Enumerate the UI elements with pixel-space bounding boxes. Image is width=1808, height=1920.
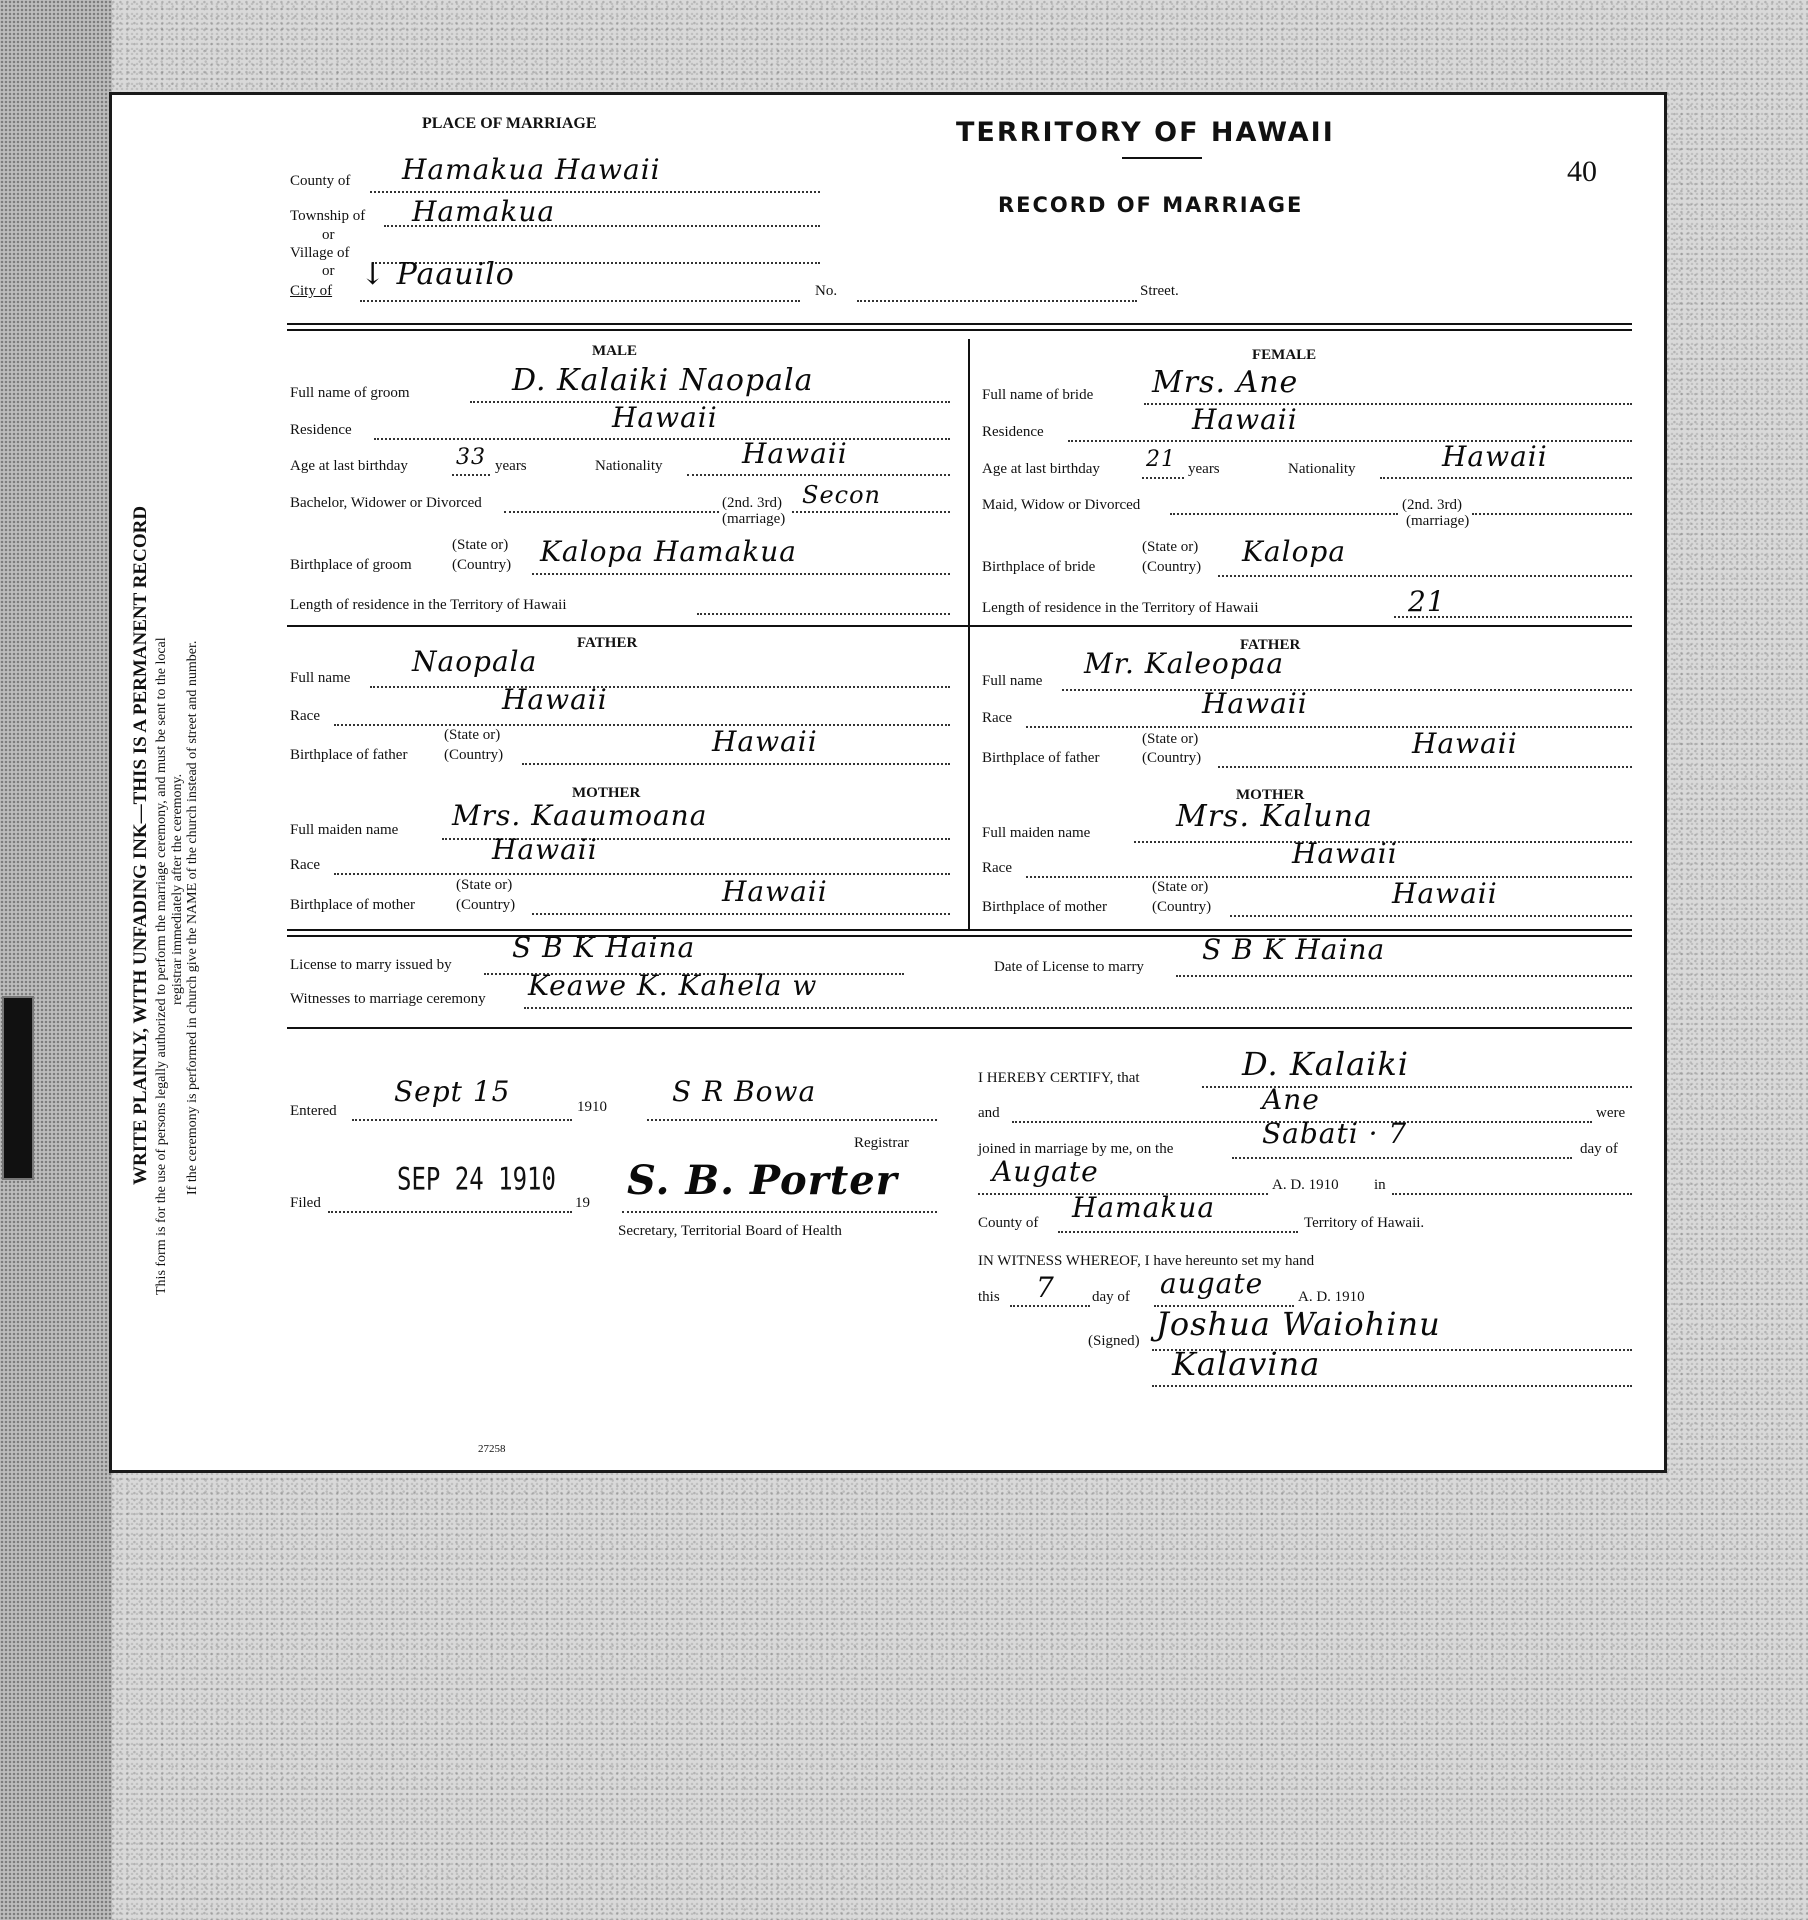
bride-mother-birthplace-value: Hawaii (1392, 877, 1498, 910)
groom-state-or-label: (State or) (452, 537, 508, 554)
groom-mother-race-label: Race (290, 857, 320, 874)
female-heading: FEMALE (1252, 347, 1316, 364)
side-note-registrar: registrar immediately after the ceremony… (170, 774, 186, 1005)
month2-value: augate (1160, 1267, 1263, 1300)
bride-father-birthplace-value: Hawaii (1412, 727, 1518, 760)
bride-mother-race-label: Race (982, 860, 1012, 877)
parents-divider (287, 625, 1632, 627)
license-divider (287, 929, 1632, 937)
joined-day-value: Sabati · 7 (1262, 1117, 1407, 1150)
groom-residence-value: Hawaii (612, 401, 718, 434)
bride-state-or-label: (State or) (1142, 539, 1198, 556)
groom-nationality-label: Nationality (595, 458, 663, 475)
bride-father-race-line (1026, 726, 1632, 728)
binder-tab (2, 996, 34, 1180)
registry-divider (287, 1027, 1632, 1029)
license-date-label: Date of License to marry (994, 959, 1144, 976)
place-of-marriage-heading: PLACE OF MARRIAGE (422, 115, 597, 133)
certify-label: I HEREBY CERTIFY, that (978, 1070, 1140, 1087)
groom-father-birthplace-line (522, 763, 950, 765)
bride-status-label: Maid, Widow or Divorced (982, 497, 1140, 514)
joined-day-line (1232, 1157, 1572, 1159)
village-label: Village of (290, 245, 350, 262)
form-number: 27258 (478, 1443, 506, 1455)
bride-mother-country-label: (Country) (1152, 899, 1211, 916)
officiant-signature-2: Kalavina (1172, 1345, 1320, 1383)
groom-country-label: (Country) (452, 557, 511, 574)
groom-nationality-value: Hawaii (742, 437, 848, 470)
county-label: County of (290, 173, 350, 190)
groom-status-label: Bachelor, Widower or Divorced (290, 495, 482, 512)
bride-mother-race-value: Hawaii (1292, 837, 1398, 870)
witnesses-value: Keawe K. Kahela w (528, 969, 817, 1002)
entered-year: 1910 (577, 1099, 607, 1116)
day-of2-label: day of (1092, 1289, 1130, 1306)
record-title: RECORD OF MARRIAGE (998, 193, 1303, 217)
secretary-signature: S. B. Porter (627, 1157, 898, 1204)
groom-marriage-no-label: (2nd. 3rd) (722, 495, 782, 512)
cert-county-value: Hamakua (1072, 1191, 1215, 1224)
entered-line (352, 1119, 572, 1121)
groom-nationality-line (687, 474, 950, 476)
bride-father-race-label: Race (982, 710, 1012, 727)
bride-mother-state-or-label: (State or) (1152, 879, 1208, 896)
registrar-label: Registrar (854, 1135, 909, 1152)
territory-label: Territory of Hawaii. (1304, 1215, 1424, 1232)
bride-marriage-no-line (1472, 513, 1632, 515)
were-label: were (1596, 1105, 1625, 1122)
bride-marriage-no-label: (2nd. 3rd) (1402, 497, 1462, 514)
bride-birthplace-label: Birthplace of bride (982, 559, 1095, 576)
groom-name-value: D. Kalaiki Naopala (512, 363, 814, 398)
bride-nationality-label: Nationality (1288, 461, 1356, 478)
witnesses-line (524, 1007, 1632, 1009)
groom-age-label: Age at last birthday (290, 458, 408, 475)
groom-years-label: years (495, 458, 527, 475)
groom-mother-name-value: Mrs. Kaaumoana (452, 799, 707, 832)
groom-birthplace-line (532, 573, 950, 575)
groom-mother-race-line (334, 873, 950, 875)
territory-title: TERRITORY OF HAWAII (956, 117, 1335, 148)
side-note-permanent-record: WRITE PLAINLY, WITH UNFADING INK—THIS IS… (130, 506, 152, 1185)
groom-father-race-line (334, 724, 950, 726)
marriage-record-sheet: WRITE PLAINLY, WITH UNFADING INK—THIS IS… (112, 95, 1664, 1470)
groom-father-country-label: (Country) (444, 747, 503, 764)
groom-father-birthplace-value: Hawaii (712, 725, 818, 758)
bride-father-name-value: Mr. Kaleopaa (1084, 647, 1284, 680)
bride-father-birthplace-line (1218, 766, 1632, 768)
bride-father-state-or-label: (State or) (1142, 731, 1198, 748)
groom-father-name-line (370, 686, 950, 688)
bride-mother-race-line (1026, 876, 1632, 878)
month-value: Augate (992, 1155, 1099, 1188)
or-label-1: or (322, 227, 335, 244)
groom-father-birthplace-label: Birthplace of father (290, 747, 407, 764)
bride-country-label: (Country) (1142, 559, 1201, 576)
groom-mother-country-label: (Country) (456, 897, 515, 914)
side-note-church: If the ceremony is performed in church g… (185, 641, 201, 1195)
certify-groom-value: D. Kalaiki (1242, 1045, 1409, 1083)
bride-residence-label: Residence (982, 424, 1044, 441)
license-date-value: S B K Haina (1202, 933, 1385, 966)
bride-father-country-label: (Country) (1142, 750, 1201, 767)
filed-line (328, 1211, 572, 1213)
or-label-2: or (322, 263, 335, 280)
city-line (360, 300, 800, 302)
cert-county-label: County of (978, 1215, 1038, 1232)
groom-father-heading: FATHER (577, 635, 637, 652)
groom-length-label: Length of residence in the Territory of … (290, 597, 567, 614)
page-number: 40 (1567, 155, 1597, 189)
cert-county-line (1058, 1231, 1298, 1233)
groom-mother-name-label: Full maiden name (290, 822, 398, 839)
ad2-label: A. D. 1910 (1298, 1289, 1365, 1306)
bride-years-label: years (1188, 461, 1220, 478)
title-rule (1122, 157, 1202, 159)
bride-length-value: 21 (1408, 585, 1446, 618)
groom-age-value: 33 (456, 445, 486, 470)
groom-father-name-value: Naopala (412, 645, 537, 678)
bride-length-label: Length of residence in the Territory of … (982, 600, 1259, 617)
city-label: City of (290, 283, 332, 300)
license-issued-value: S B K Haina (512, 931, 695, 964)
groom-marriage-no-line (792, 511, 950, 513)
township-value: Hamakua (412, 195, 555, 228)
groom-residence-line (374, 438, 950, 440)
bride-residence-value: Hawaii (1192, 403, 1298, 436)
male-heading: MALE (592, 343, 637, 360)
bride-mother-name-value: Mrs. Kaluna (1176, 799, 1373, 834)
groom-mother-birthplace-line (532, 913, 950, 915)
groom-status-line (504, 511, 719, 513)
county-value: Hamakua Hawaii (402, 153, 661, 186)
groom-birthplace-label: Birthplace of groom (290, 557, 412, 574)
day-of-label: day of (1580, 1141, 1618, 1158)
bride-age-value: 21 (1146, 447, 1176, 472)
signature-line-2 (1152, 1385, 1632, 1387)
this-day-value: 7 (1036, 1271, 1055, 1304)
ad-label: A. D. 1910 (1272, 1177, 1339, 1194)
groom-marriage-no-value: Secon (802, 481, 881, 509)
bride-birthplace-line (1218, 575, 1632, 577)
column-divider (968, 339, 970, 929)
registrar-line (647, 1119, 937, 1121)
groom-mother-race-value: Hawaii (492, 833, 598, 866)
bride-age-label: Age at last birthday (982, 461, 1100, 478)
filed-date-stamp: SEP 24 1910 (397, 1161, 556, 1197)
bride-status-line (1170, 513, 1398, 515)
certify-bride-value: Ane (1262, 1083, 1320, 1116)
groom-birthplace-value: Kalopa Hamakua (540, 535, 797, 568)
bride-birthplace-value: Kalopa (1242, 535, 1346, 568)
bride-name-value: Mrs. Ane (1152, 365, 1298, 400)
secretary-line (622, 1211, 937, 1213)
bride-marriage-sub-label: (marriage) (1406, 513, 1469, 530)
bride-age-line (1142, 477, 1184, 479)
county-line (370, 191, 820, 193)
witnesses-label: Witnesses to marriage ceremony (290, 991, 486, 1008)
in-line (1392, 1193, 1632, 1195)
bride-father-race-value: Hawaii (1202, 687, 1308, 720)
this-day-line (1010, 1305, 1090, 1307)
bride-mother-birthplace-line (1230, 915, 1632, 917)
bride-father-birthplace-label: Birthplace of father (982, 750, 1099, 767)
bride-mother-birthplace-label: Birthplace of mother (982, 899, 1107, 916)
entered-label: Entered (290, 1103, 337, 1120)
bride-nationality-value: Hawaii (1442, 440, 1548, 473)
registrar-signature: S R Bowa (672, 1075, 816, 1108)
scanner-edge (0, 0, 112, 1920)
groom-father-state-or-label: (State or) (444, 727, 500, 744)
header-divider (287, 323, 1632, 331)
and-label: and (978, 1105, 1000, 1122)
groom-father-race-label: Race (290, 708, 320, 725)
officiant-signature-1: Joshua Waiohinu (1156, 1305, 1441, 1343)
bride-mother-name-label: Full maiden name (982, 825, 1090, 842)
license-date-line (1176, 975, 1632, 977)
groom-name-label: Full name of groom (290, 385, 410, 402)
entered-value: Sept 15 (394, 1075, 510, 1108)
groom-father-race-value: Hawaii (502, 683, 608, 716)
bride-father-name-line (1062, 689, 1632, 691)
township-label: Township of (290, 208, 365, 225)
bride-name-label: Full name of bride (982, 387, 1093, 404)
secretary-label: Secretary, Territorial Board of Health (618, 1223, 842, 1240)
groom-mother-state-or-label: (State or) (456, 877, 512, 894)
witness-whereof-label: IN WITNESS WHEREOF, I have hereunto set … (978, 1253, 1314, 1270)
city-value: ↓ Paauilo (360, 257, 515, 292)
groom-length-line (697, 613, 950, 615)
license-issued-label: License to marry issued by (290, 957, 452, 974)
signed-label: (Signed) (1088, 1333, 1140, 1350)
groom-residence-label: Residence (290, 422, 352, 439)
filed-year-prefix: 19 (575, 1195, 590, 1212)
groom-mother-birthplace-value: Hawaii (722, 875, 828, 908)
filed-label: Filed (290, 1195, 321, 1212)
street-label: Street. (1140, 283, 1179, 300)
side-note-usage: This form is for the use of persons lega… (154, 637, 170, 1295)
bride-nationality-line (1380, 477, 1632, 479)
bride-father-name-label: Full name (982, 673, 1042, 690)
this-label: this (978, 1289, 1000, 1306)
street-number-label: No. (815, 283, 837, 300)
street-number-line (857, 300, 1137, 302)
groom-mother-birthplace-label: Birthplace of mother (290, 897, 415, 914)
in-label: in (1374, 1177, 1386, 1194)
groom-father-name-label: Full name (290, 670, 350, 687)
groom-marriage-sub-label: (marriage) (722, 511, 785, 528)
groom-age-line (452, 474, 490, 476)
